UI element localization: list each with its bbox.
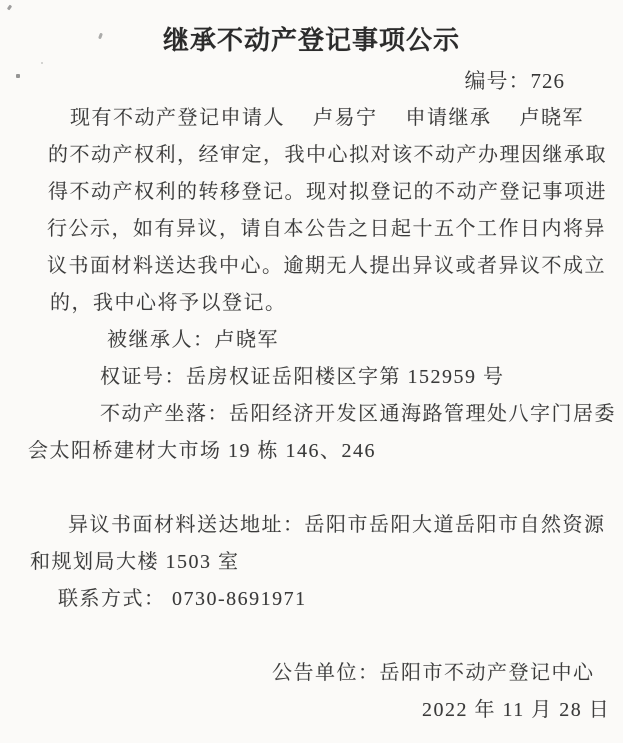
objection-address-line-1: 异议书面材料送达地址：岳阳市岳阳大道岳阳市自然资源 — [0, 507, 623, 544]
body-line-6: 的，我中心将予以登记。 — [0, 285, 623, 322]
spacer — [0, 618, 623, 655]
spacer — [0, 470, 623, 507]
contact-phone-line: 联系方式： 0730-8691971 — [0, 581, 623, 618]
objection-address-line-2: 和规划局大楼 1503 室 — [0, 544, 623, 581]
decedent-line: 被继承人：卢晓军 — [0, 322, 623, 359]
scan-speck — [41, 62, 43, 64]
scan-speck — [7, 5, 12, 11]
body-line-4: 行公示，如有异议，请自本公告之日起十五个工作日内将异 — [0, 211, 623, 248]
property-location-line-2: 会太阳桥建材大市场 19 栋 146、246 — [0, 433, 623, 470]
scanned-notice-page: 继承不动产登记事项公示 编号：726 现有不动产登记申请人 卢易宁 申请继承 卢… — [0, 0, 623, 743]
body-line-1: 现有不动产登记申请人 卢易宁 申请继承 卢晓军 — [0, 100, 623, 137]
notice-content: 现有不动产登记申请人 卢易宁 申请继承 卢晓军 的不动产权利，经审定，我中心拟对… — [0, 100, 623, 729]
property-location-line-1: 不动产坐落：岳阳经济开发区通海路管理处八字门居委 — [0, 396, 623, 433]
certificate-number-line: 权证号：岳房权证岳阳楼区字第 152959 号 — [0, 359, 623, 396]
doc-number: 编号：726 — [0, 66, 623, 96]
body-line-5: 议书面材料送达我中心。逾期无人提出异议或者异议不成立 — [0, 248, 623, 285]
date-line: 2022 年 11 月 28 日 — [0, 692, 623, 729]
issuer-line: 公告单位：岳阳市不动产登记中心 — [0, 655, 623, 692]
body-line-2: 的不动产权利，经审定，我中心拟对该不动产办理因继承取 — [0, 137, 623, 174]
body-line-3: 得不动产权利的转移登记。现对拟登记的不动产登记事项进 — [0, 174, 623, 211]
scan-speck — [16, 74, 20, 78]
notice-title: 继承不动产登记事项公示 — [0, 22, 623, 58]
